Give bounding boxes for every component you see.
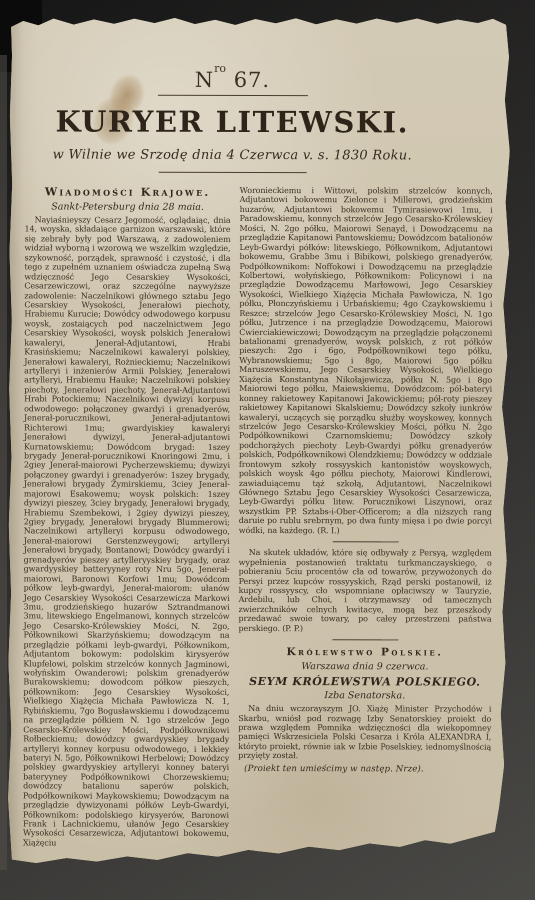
issue-number: Nro 67.: [0, 67, 485, 92]
section-divider: [332, 541, 398, 542]
issue-superscript: ro: [214, 62, 226, 75]
left-column: Wiadomości Krajowe. Sankt-Petersburg dni…: [23, 185, 231, 848]
section-header-domestic-news: Wiadomości Krajowe.: [25, 185, 231, 199]
senate-chamber-subheading: Izba Senatorska.: [238, 690, 491, 702]
article-body-continuation: Woronieckiemu i Wittowi, polskim strzelc…: [239, 186, 493, 536]
seym-body: Na dniu wczorayszym JO. Xiążę Minister P…: [238, 704, 491, 761]
newspaper-page: Nro 67. KURYER LITEWSKI. w Wilnie we Srz…: [6, 13, 513, 867]
petersburg-dateline: Sankt-Petersburg dnia 28 maia.: [25, 201, 231, 213]
right-column: Woronieckiemu i Wittowi, polskim strzelc…: [238, 186, 493, 849]
issue-n: N: [195, 68, 214, 92]
underlying-page-edge: [0, 55, 7, 870]
masthead: Nro 67. KURYER LITEWSKI. w Wilnie we Srz…: [0, 13, 485, 173]
persia-paragraph: Na skutek układów, które się odbywały z …: [238, 548, 491, 634]
newspaper-title: KURYER LITEWSKI.: [0, 104, 485, 139]
issue-rule: [157, 95, 307, 96]
scan-background: Nro 67. KURYER LITEWSKI. w Wilnie we Srz…: [0, 0, 535, 900]
section-header-kingdom-of-poland: Królewstwo Polskie.: [238, 646, 491, 659]
warsaw-dateline: Warszawa dnia 9 czerwca.: [238, 661, 491, 673]
article-columns: Wiadomości Krajowe. Sankt-Petersburg dni…: [6, 172, 513, 849]
issue-num: 67.: [226, 68, 270, 92]
masthead-dateline: w Wilnie we Srzodę dnia 4 Czerwca v. s. …: [0, 147, 485, 163]
seym-heading: SEYM KRÓLEWSTWA POLSKIEGO.: [238, 675, 491, 689]
article-body-left: Nayiaśnieyszy Cesarz Jegomość, oglądaiąc…: [23, 215, 231, 848]
editor-note: (Proiekt ten umieścimy w następ. Nrze).: [244, 764, 491, 775]
section-divider: [332, 639, 398, 640]
